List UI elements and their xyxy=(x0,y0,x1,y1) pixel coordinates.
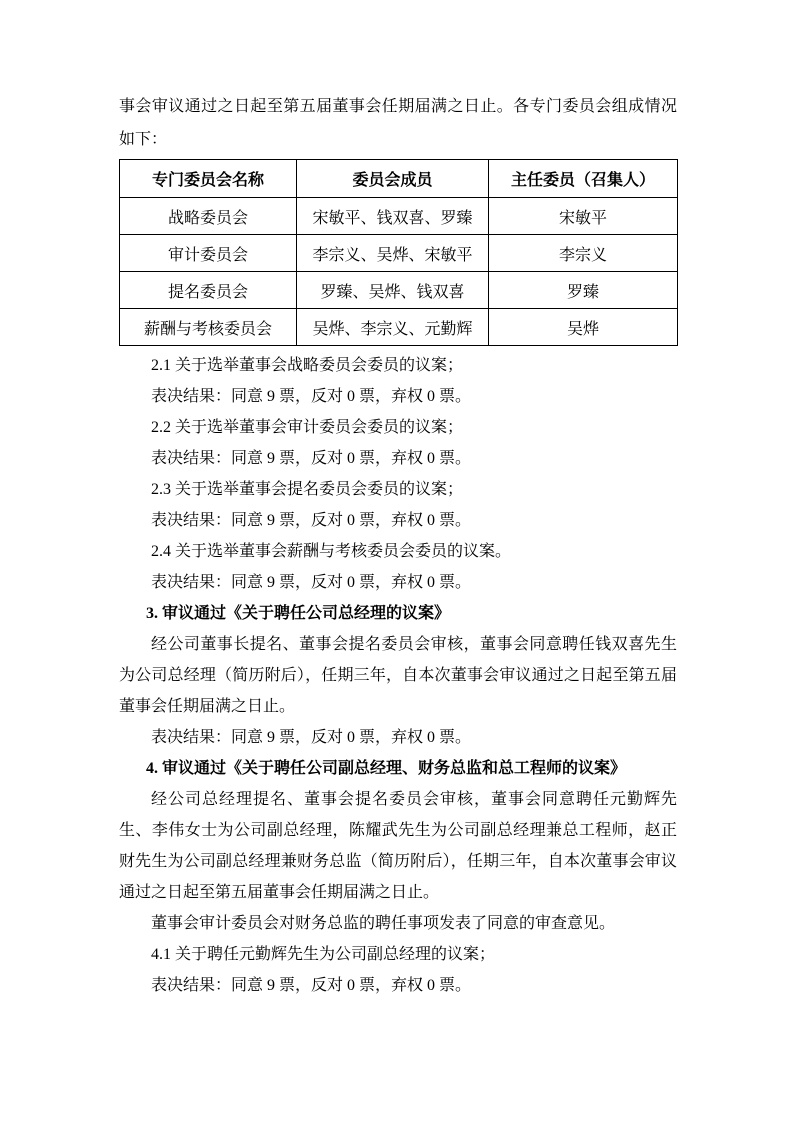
resolution-item-line: 4.1 关于聘任元勤辉先生为公司副总经理的议案； xyxy=(119,939,677,970)
vote-result-line: 表决结果：同意 9 票，反对 0 票，弃权 0 票。 xyxy=(119,970,677,1001)
document-content: 事会审议通过之日起至第五届董事会任期届满之日止。各专门委员会组成情况如下： 专门… xyxy=(119,90,677,1001)
intro-paragraph: 事会审议通过之日起至第五届董事会任期届满之日止。各专门委员会组成情况如下： xyxy=(119,90,677,156)
section-3-paragraph: 经公司董事长提名、董事会提名委员会审核，董事会同意聘任钱双喜先生为公司总经理（简… xyxy=(119,629,677,722)
section-4-paragraph: 经公司总经理提名、董事会提名委员会审核，董事会同意聘任元勤辉先生、李伟女士为公司… xyxy=(119,784,677,908)
table-row: 提名委员会 罗臻、吴烨、钱双喜 罗臻 xyxy=(120,272,678,309)
members-cell: 宋敏平、钱双喜、罗臻 xyxy=(297,198,489,235)
vote-result-line: 表决结果：同意 9 票，反对 0 票，弃权 0 票。 xyxy=(119,505,677,536)
header-members: 委员会成员 xyxy=(297,160,489,198)
resolution-item-line: 2.1 关于选举董事会战略委员会委员的议案； xyxy=(119,350,677,381)
committee-name-cell: 提名委员会 xyxy=(120,272,297,309)
table-row: 薪酬与考核委员会 吴烨、李宗义、元勤辉 吴烨 xyxy=(120,309,678,346)
audit-opinion-line: 董事会审计委员会对财务总监的聘任事项发表了同意的审查意见。 xyxy=(119,908,677,939)
vote-result-line: 表决结果：同意 9 票，反对 0 票，弃权 0 票。 xyxy=(119,443,677,474)
chair-cell: 吴烨 xyxy=(489,309,678,346)
section-4-heading: 4. 审议通过《关于聘任公司副总经理、财务总监和总工程师的议案》 xyxy=(119,753,677,784)
vote-result-line: 表决结果：同意 9 票，反对 0 票，弃权 0 票。 xyxy=(119,722,677,753)
committee-name-cell: 战略委员会 xyxy=(120,198,297,235)
section-3-heading: 3. 审议通过《关于聘任公司总经理的议案》 xyxy=(119,598,677,629)
committee-table: 专门委员会名称 委员会成员 主任委员（召集人） 战略委员会 宋敏平、钱双喜、罗臻… xyxy=(119,159,678,346)
resolution-item-line: 2.4 关于选举董事会薪酬与考核委员会委员的议案。 xyxy=(119,536,677,567)
members-cell: 罗臻、吴烨、钱双喜 xyxy=(297,272,489,309)
committee-name-cell: 薪酬与考核委员会 xyxy=(120,309,297,346)
table-row: 战略委员会 宋敏平、钱双喜、罗臻 宋敏平 xyxy=(120,198,678,235)
chair-cell: 罗臻 xyxy=(489,272,678,309)
document-page: 事会审议通过之日起至第五届董事会任期届满之日止。各专门委员会组成情况如下： 专门… xyxy=(0,0,793,1122)
resolution-item-line: 2.3 关于选举董事会提名委员会委员的议案； xyxy=(119,474,677,505)
members-cell: 李宗义、吴烨、宋敏平 xyxy=(297,235,489,272)
header-committee-name: 专门委员会名称 xyxy=(120,160,297,198)
resolution-body: 2.1 关于选举董事会战略委员会委员的议案； 表决结果：同意 9 票，反对 0 … xyxy=(119,350,677,1001)
table-header-row: 专门委员会名称 委员会成员 主任委员（召集人） xyxy=(120,160,678,198)
resolution-item-line: 2.2 关于选举董事会审计委员会委员的议案； xyxy=(119,412,677,443)
members-cell: 吴烨、李宗义、元勤辉 xyxy=(297,309,489,346)
table-row: 审计委员会 李宗义、吴烨、宋敏平 李宗义 xyxy=(120,235,678,272)
committee-name-cell: 审计委员会 xyxy=(120,235,297,272)
vote-result-line: 表决结果：同意 9 票，反对 0 票，弃权 0 票。 xyxy=(119,567,677,598)
vote-result-line: 表决结果：同意 9 票，反对 0 票，弃权 0 票。 xyxy=(119,381,677,412)
chair-cell: 宋敏平 xyxy=(489,198,678,235)
header-chair: 主任委员（召集人） xyxy=(489,160,678,198)
chair-cell: 李宗义 xyxy=(489,235,678,272)
